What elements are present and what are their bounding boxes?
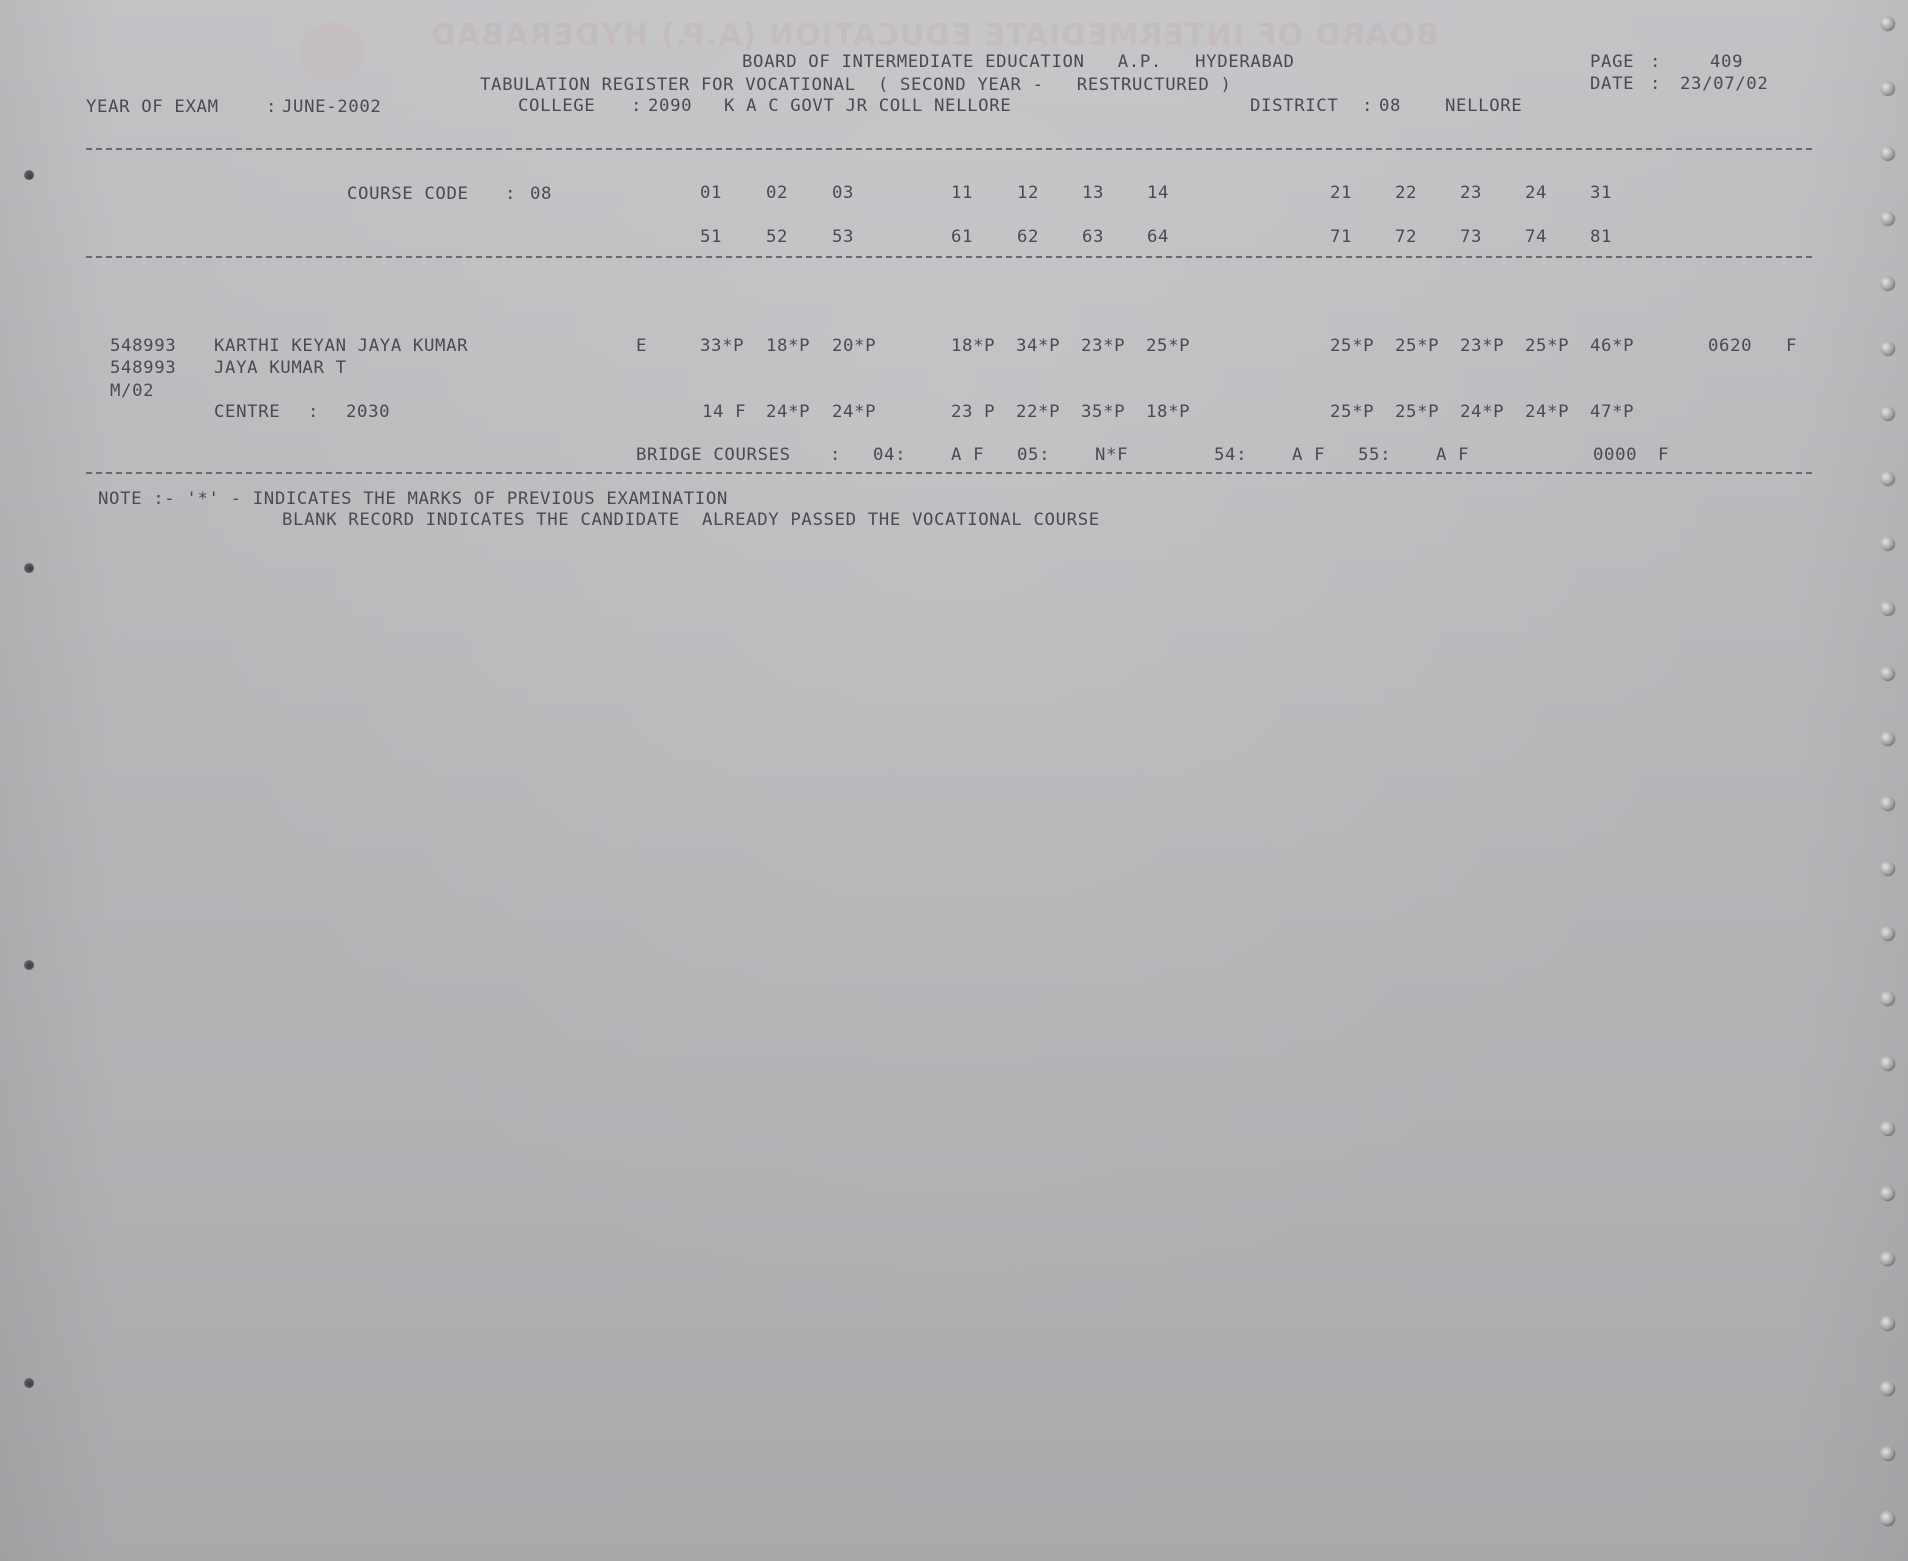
subject-code: 03 [832,183,854,203]
bridge-course-result: A F [1436,445,1469,465]
bridge-courses-label: BRIDGE COURSES [636,445,791,465]
register-title: TABULATION REGISTER FOR VOCATIONAL ( SEC… [480,75,1232,95]
year-of-exam-label: YEAR OF EXAM [86,97,219,117]
centre-colon: : [308,402,319,422]
mark-cell: 47*P [1590,402,1634,422]
mark-cell: 23*P [1460,336,1504,356]
mark-cell: 25*P [1525,336,1569,356]
feed-hole-icon [1880,1056,1894,1070]
bridge-course-result: N*F [1095,445,1128,465]
mark-cell: 25*P [1330,336,1374,356]
mark-cell: 22*P [1016,402,1060,422]
medium-code: E [636,336,647,356]
feed-hole-icon [1880,146,1894,160]
subject-code: 12 [1017,183,1039,203]
course-header-divider [86,256,1812,258]
mark-cell: 24*P [1525,402,1569,422]
mark-cell: 46*P [1590,336,1634,356]
centre-value: 2030 [346,402,390,422]
mark-cell: 14 F [702,402,746,422]
hall-ticket-number: 548993 [110,336,176,356]
feed-hole-icon [1880,926,1894,940]
subject-code: 24 [1525,183,1547,203]
subject-code: 13 [1082,183,1104,203]
page-colon: : [1650,52,1661,72]
mark-cell: 18*P [766,336,810,356]
subject-code: 14 [1147,183,1169,203]
subject-code: 72 [1395,227,1417,247]
bridge-course-result: A F [1292,445,1325,465]
subject-code: 74 [1525,227,1547,247]
course-code-label: COURSE CODE [347,184,469,204]
bridge-course-code: 54: [1214,445,1247,465]
bridge-courses-colon: : [830,445,841,465]
page-label: PAGE [1590,52,1634,72]
mark-cell: 25*P [1395,336,1439,356]
feed-hole-icon [1880,861,1894,875]
header-divider [86,148,1812,150]
district-name: NELLORE [1445,96,1522,116]
feed-hole-icon [1880,1316,1894,1330]
feed-hole-icon [1880,1446,1894,1460]
college-label: COLLEGE [518,96,595,116]
feed-hole-icon [1880,16,1894,30]
feed-hole-icon [1880,81,1894,95]
subject-code: 81 [1590,227,1612,247]
mark-cell: 24*P [1460,402,1504,422]
centre-label: CENTRE [214,402,280,422]
note-line-1: NOTE :- '*' - INDICATES THE MARKS OF PRE… [98,489,728,509]
subject-code: 52 [766,227,788,247]
mark-cell: 20*P [832,336,876,356]
mark-cell: 25*P [1146,336,1190,356]
subject-code: 01 [700,183,722,203]
subject-code: 73 [1460,227,1482,247]
district-code: 08 [1379,96,1401,116]
mark-cell: 18*P [951,336,995,356]
ghost-seal-icon [300,22,364,82]
bridge-total: 0000 [1593,445,1637,465]
mark-cell: 25*P [1330,402,1374,422]
subject-code: 31 [1590,183,1612,203]
college-name: K A C GOVT JR COLL NELLORE [724,96,1011,116]
feed-hole-icon [1880,1511,1894,1525]
feed-hole-icon [1880,406,1894,420]
ghost-watermark: BOARD OF INTERMEDIATE EDUCATION (A.P.) H… [430,18,1438,53]
subject-code: 22 [1395,183,1417,203]
father-name: JAYA KUMAR T [214,358,347,378]
feed-hole-icon [1880,1251,1894,1265]
course-code-value: 08 [530,184,552,204]
final-result: F [1786,336,1797,356]
note-line-2: BLANK RECORD INDICATES THE CANDIDATE ALR… [282,510,1100,530]
subject-code: 02 [766,183,788,203]
feed-hole-icon [1880,1121,1894,1135]
course-code-colon: : [505,184,516,204]
feed-hole-icon [1880,601,1894,615]
subject-code: 51 [700,227,722,247]
subject-code: 61 [951,227,973,247]
bridge-result: F [1658,445,1669,465]
binder-hole-icon [24,563,34,573]
mark-cell: 25*P [1395,402,1439,422]
feed-hole-icon [1880,731,1894,745]
year-of-exam-value: JUNE-2002 [282,97,381,117]
feed-hole-icon [1880,1381,1894,1395]
binder-hole-icon [24,1378,34,1388]
bridge-course-code: 04: [873,445,906,465]
date-label: DATE [1590,74,1634,94]
feed-hole-icon [1880,991,1894,1005]
subject-code: 53 [832,227,854,247]
date-colon: : [1650,74,1661,94]
board-title: BOARD OF INTERMEDIATE EDUCATION A.P. HYD… [742,52,1295,72]
page-number: 409 [1710,52,1743,72]
feed-hole-icon [1880,536,1894,550]
feed-hole-icon [1880,276,1894,290]
bridge-course-code: 55: [1358,445,1391,465]
bridge-course-result: A F [951,445,984,465]
district-label: DISTRICT [1250,96,1338,116]
subject-code: 21 [1330,183,1352,203]
bridge-course-code: 05: [1017,445,1050,465]
mark-cell: 18*P [1146,402,1190,422]
feed-hole-icon [1880,666,1894,680]
feed-hole-icon [1880,341,1894,355]
mark-cell: 23*P [1081,336,1125,356]
mark-cell: 35*P [1081,402,1125,422]
feed-hole-icon [1880,211,1894,225]
hall-ticket-number-2: 548993 [110,358,176,378]
subject-code: 71 [1330,227,1352,247]
college-code: 2090 [648,96,692,116]
mark-cell: 24*P [832,402,876,422]
feed-hole-icon [1880,1186,1894,1200]
subject-code: 23 [1460,183,1482,203]
year-of-exam-colon: : [266,97,277,117]
district-colon: : [1362,96,1373,116]
date-value: 23/07/02 [1680,74,1768,94]
feed-hole-icon [1880,471,1894,485]
subject-code: 62 [1017,227,1039,247]
mark-cell: 23 P [951,402,995,422]
record-divider [86,472,1812,474]
subject-code: 63 [1082,227,1104,247]
total-marks: 0620 [1708,336,1752,356]
feed-hole-icon [1880,796,1894,810]
candidate-name: KARTHI KEYAN JAYA KUMAR [214,336,468,356]
binder-hole-icon [24,170,34,180]
mark-cell: 24*P [766,402,810,422]
printout-sheet: BOARD OF INTERMEDIATE EDUCATION (A.P.) H… [0,0,1908,1561]
mark-cell: 34*P [1016,336,1060,356]
subject-code: 64 [1147,227,1169,247]
subject-code: 11 [951,183,973,203]
candidate-category: M/02 [110,381,154,401]
binder-hole-icon [24,960,34,970]
mark-cell: 33*P [700,336,744,356]
college-colon: : [631,96,642,116]
